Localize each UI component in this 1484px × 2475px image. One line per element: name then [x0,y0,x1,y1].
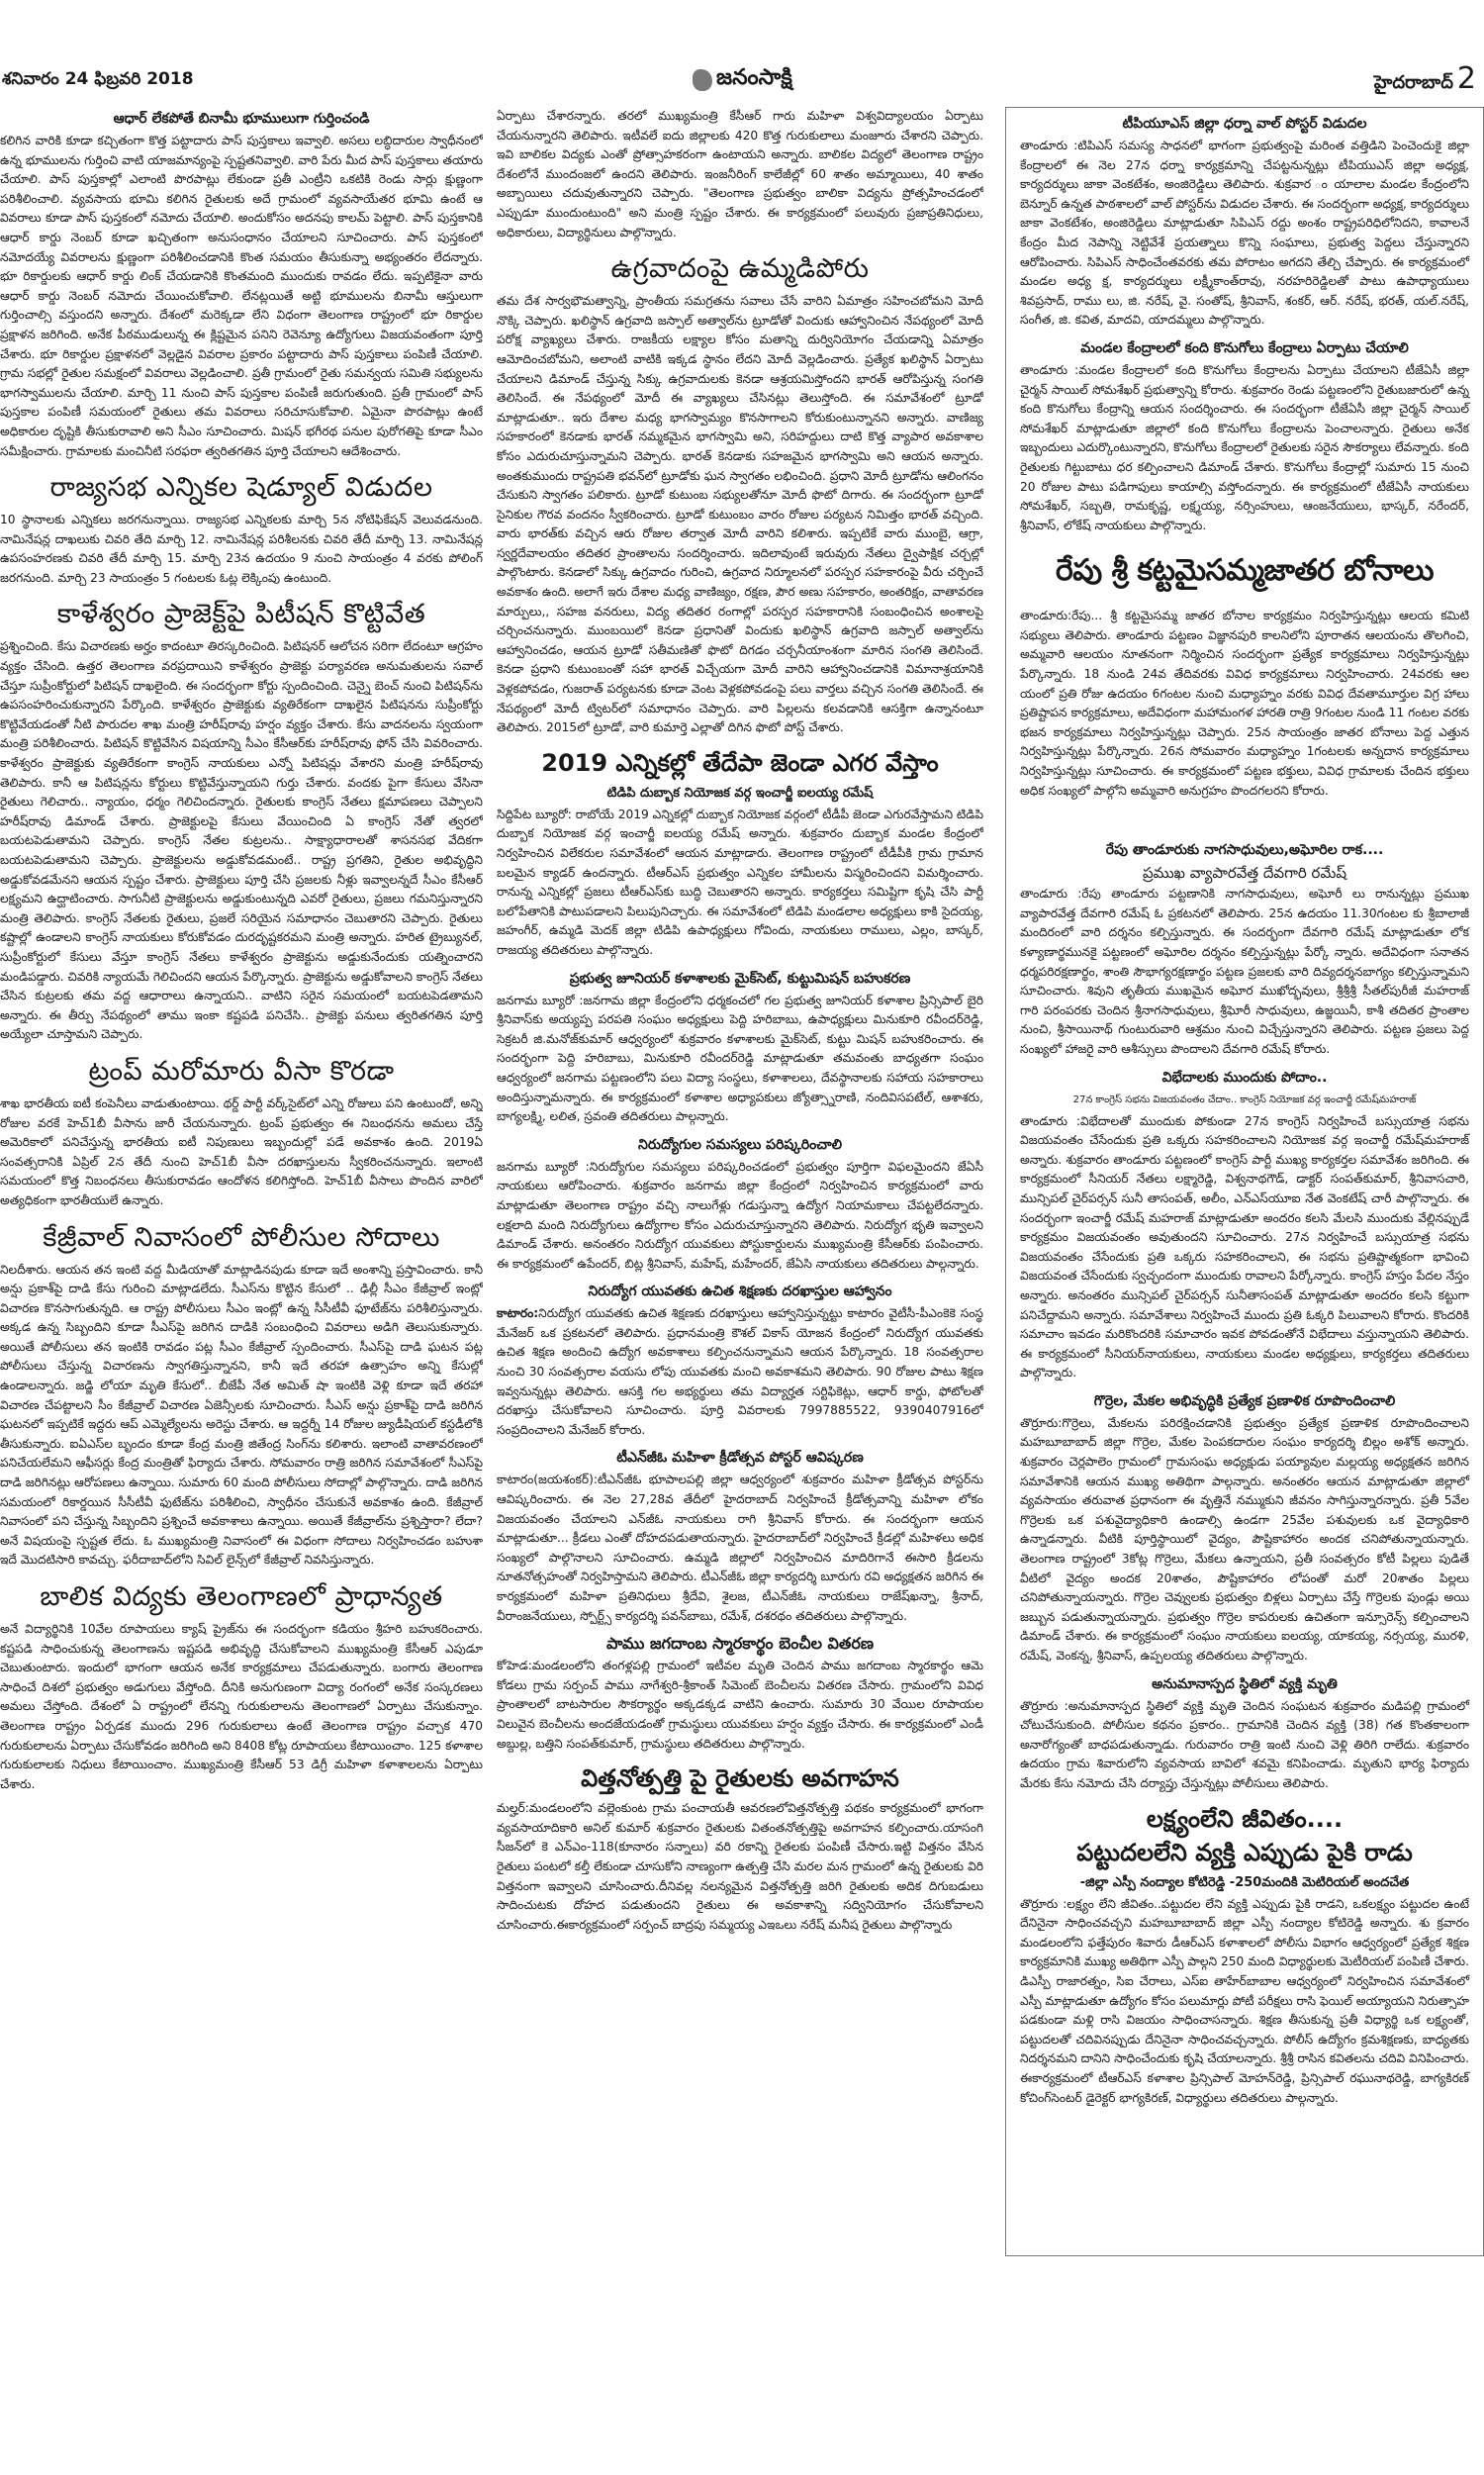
article-dateline: కాటారం: [497,1306,538,1320]
middle-column: ఏర్పాటు చేశారన్నారు. తరలో ముఖ్యమంత్రి కే… [497,107,983,2472]
article-headline: రాజ్యసభ ఎన్నికల షెడ్యూల్ విడుదల [0,469,483,507]
article-trump-visa: ట్రంప్ మరోమారు వీసా కొరడా శాఖ భారతీయ ఐటీ… [0,1053,483,1211]
article-seed-production: విత్తనోత్పత్తి పై రైతులకు అవగాహన మల్హర్:… [497,1761,983,1935]
article-benches-donation: పాము జగదాంబ స్మారకార్థం బెంచీల వితరణ కోహ… [497,1634,983,1754]
article-girl-education: బాలిక విద్యకు తెలంగాణలో ప్రాధాన్యత అనే వ… [0,1578,483,1794]
article-sheep-goat-plan: గొర్రెల, మేకల అభివృద్ధికి ప్రత్యేక ప్రణా… [1020,1391,1469,1666]
article-headline: పాము జగదాంబ స్మారకార్థం బెంచీల వితరణ [497,1634,983,1654]
article-tngo-sports-poster: టీఎన్‌జీఓ మహిళా క్రీడోత్సవ పోస్టర్ ఆవిష్… [497,1448,983,1626]
article-junior-college-donation: ప్రభుత్వ జూనియర్ కళాశాలకు మైక్‌సెట్, కుట… [497,969,983,1127]
article-body: కాటారం:నిరుద్యోగ యువతకు ఉచిత శిక్షణకు దర… [497,1304,983,1440]
left-column: ఆధార్ లేకపోతే బినామీ భూములుగా గుర్తించండ… [0,107,483,2472]
article-continued-education: ఏర్పాటు చేశారన్నారు. తరలో ముఖ్యమంత్రి కే… [497,107,983,242]
article-headline: టీపియూఎస్ జిల్లా ధర్నా వాల్ పోస్టర్ విడు… [1020,114,1469,134]
article-body: సిద్దిపేట బ్యూరో: రాబోయే 2019 ఎన్నికల్లో… [497,806,983,961]
article-redgram-centers: మండల కేంద్రాలలో కంది కొనుగోలు కేంద్రాలు … [1020,338,1469,535]
article-body: తొర్రూరు:గొర్రెలు, మేకలను పరిరక్షించడాని… [1020,1414,1469,1666]
article-headline: ట్రంప్ మరోమారు వీసా కొరడా [0,1053,483,1091]
article-aadhaar-benami: ఆధార్ లేకపోతే బినామీ భూములుగా గుర్తించండ… [0,109,483,461]
article-unemployed-issues: నిరుద్యోగుల సమస్యలు పరిష్కరించాలి జనగామ … [497,1135,983,1275]
article-body: జనగామ బ్యూరో :నిరుద్యోగుల సమస్యలు పరిష్క… [497,1158,983,1275]
article-headline: నిరుద్యోగ యువతకు ఉచిత శిక్షణకు దరఖాస్తుల… [497,1282,983,1301]
article-body: తొర్రూరు :అనుమానాస్పద స్థితిలో వ్యక్తి మ… [1020,1697,1469,1794]
article-headline: అనుమానాస్పద స్థితిలో వ్యక్తి మృతి [1020,1674,1469,1694]
logo-text: జనంసాక్షి [716,65,792,95]
article-tpus-dharna-poster: టీపియూఎస్ జిల్లా ధర్నా వాల్ పోస్టర్ విడు… [1020,114,1469,331]
article-headline: విభేదాలకు ముందుకు పోదాం.. [1020,1068,1469,1088]
article-free-training: నిరుద్యోగ యువతకు ఉచిత శిక్షణకు దరఖాస్తుల… [497,1282,983,1440]
article-suspicious-death: అనుమానాస్పద స్థితిలో వ్యక్తి మృతి తొర్రూ… [1020,1674,1469,1794]
page-number: 2 [1457,61,1476,96]
article-body: నిలదీశారు. ఆయన తన ఇంటి వద్ద మీడియాతో మాట… [0,1261,483,1571]
article-body: మల్హర్:మండలంలోని వల్లెంకుంట గ్రామ పంచాయత… [497,1799,983,1935]
article-headline: కేజ్రీవాల్ నివాసంలో పోలీసుల సోదాలు [0,1219,483,1257]
right-column-box: టీపియూఎస్ జిల్లా ధర్నా వాల్ పోస్టర్ విడు… [1005,107,1484,2256]
article-body: ప్రశ్నించింది. కేసు విచారణకు అర్హం కాదంట… [0,637,483,1044]
article-headline: ప్రభుత్వ జూనియర్ కళాశాలకు మైక్‌సెట్, కుట… [497,969,983,989]
article-headline: మండల కేంద్రాలలో కంది కొనుగోలు కేంద్రాలు … [1020,338,1469,358]
article-headline: ఉగ్రవాదంపై ఉమ్మడిపోరు [497,250,983,288]
article-subheadline: 27న కాంగ్రెస్ సభను విజయవంతం చేదాం.. కాంగ… [1020,1091,1469,1110]
article-body: అనే విద్యార్థినికి 10వేల రూపాయలు క్యాష్ … [0,1620,483,1794]
article-body: తొర్రూరు :లక్ష్యం లేని జీవితం..పట్టుదల ల… [1020,1895,1469,2109]
article-headline: 2019 ఎన్నికల్లో తేదేపా జెండా ఎగర వేస్తాం [497,746,983,780]
article-headline: లక్ష్యంలేని జీవితం.... [1020,1802,1469,1836]
article-subheadline: -జిల్లా ఎస్పీ నంద్యాల కోటిరెడ్డి -250మంద… [1020,1873,1469,1893]
article-body: శాఖ భారతీయ ఐటీ కంపెనీలు వాడుతుంటాయి. థర్… [0,1095,483,1211]
article-body: జనగామ బ్యూరో :జనగామ జిల్లా కేంద్రంలోని ధ… [497,992,983,1127]
article-body: తాండూరు :టిపిఎస్ సమస్య సాధనలో భాగంగా ప్ర… [1020,137,1469,331]
article-body: కలిగిన వారికి కూడా కచ్చితంగా కొత్త పట్టా… [0,132,483,461]
article-body: తాండూరు :రేపు తాండూరు పట్టణానికి నాగసాధు… [1020,885,1469,1059]
article-subheadline: ప్రముఖ వ్యాపారవేత్త దేవగారి రమేష్ [1020,863,1469,883]
article-headline: రేపు తాండూరుకు నాగసాధువులు,అఘోరిల రాక...… [1020,840,1469,860]
masthead: శనివారం 24 ఫిబ్రవరి 2018 జనంసాక్షి హైదరా… [0,69,1484,99]
article-kattamaisamma-jatara: రేపు శ్రీ కట్టమైసమ్మజాతర బోనాలు తాండూరు:… [1020,549,1469,801]
issue-date: శనివారం 24 ఫిబ్రవరి 2018 [2,69,194,93]
article-body: కోహెడ:మండలంలోని తంగళ్లపల్లి గ్రామంలో ఇటీ… [497,1657,983,1754]
article-body: తాండూరు :మండల కేంద్రాలలో కంది కొనుగోలు క… [1020,361,1469,535]
article-headline: నిరుద్యోగుల సమస్యలు పరిష్కరించాలి [497,1135,983,1155]
article-headline: గొర్రెల, మేకల అభివృద్ధికి ప్రత్యేక ప్రణా… [1020,1391,1469,1411]
article-headline: బాలిక విద్యకు తెలంగాణలో ప్రాధాన్యత [0,1578,483,1616]
article-naga-sadhus: రేపు తాండూరుకు నాగసాధువులు,అఘోరిల రాక...… [1020,840,1469,1059]
article-body: తమ దేశ సార్వభౌమత్వాన్ని, ప్రాంతీయ సమగ్రత… [497,292,983,738]
article-rajyasabha-schedule: రాజ్యసభ ఎన్నికల షెడ్యూల్ విడుదల 10 స్థాన… [0,469,483,588]
article-congress-meeting: విభేదాలకు ముందుకు పోదాం.. 27న కాంగ్రెస్ … [1020,1068,1469,1383]
article-headline: రేపు శ్రీ కట్టమైసమ్మజాతర బోనాలు [1020,549,1469,593]
telangana-map-icon [693,69,712,91]
article-tdp-2019: 2019 ఎన్నికల్లో తేదేపా జెండా ఎగర వేస్తాం… [497,746,983,961]
article-headline: ఆధార్ లేకపోతే బినామీ భూములుగా గుర్తించండ… [0,109,483,129]
article-body-text: నిరుద్యోగ యువతకు ఉచిత శిక్షణకు దరఖాస్తుల… [497,1306,983,1437]
article-body: తాండూరు:రేపు... శ్రీ కట్టమైసమ్మ జాతర బోన… [1020,607,1469,801]
article-kaleshwaram-petition: కాళేశ్వరం ప్రాజెక్ట్‌పై పిటీషన్ కొట్టివే… [0,596,483,1044]
article-headline-line2: పట్టుదలలేని వ్యక్తి ఎప్పుడు పైకి రాడు [1020,1836,1469,1869]
spacer [1020,809,1469,838]
newspaper-logo: జనంసాక్షి [693,65,792,95]
edition-name: హైదరాబాద్ [1374,72,1453,93]
article-sp-life-goals: లక్ష్యంలేని జీవితం.... పట్టుదలలేని వ్యక్… [1020,1802,1469,2109]
article-kejriwal-raids: కేజ్రీవాల్ నివాసంలో పోలీసుల సోదాలు నిలదీ… [0,1219,483,1571]
article-headline: టీఎన్‌జీఓ మహిళా క్రీడోత్సవ పోస్టర్ ఆవిష్… [497,1448,983,1468]
article-body: 10 స్థానాలకు ఎన్నికలు జరగనున్నాయి. రాజ్య… [0,511,483,588]
article-body: కాటారం(జయశంకర్):టీఎన్‌జీఓ భూపాలపల్లి జిల… [497,1471,983,1626]
article-body: తాండూరు :విభేదాలతో ముందుకు పోకుండా 27న క… [1020,1112,1469,1383]
article-subheadline: టిడిపి దుబ్బాక నియోజక వర్గ ఇంచార్జీ ఐలయ్… [497,784,983,804]
article-headline: కాళేశ్వరం ప్రాజెక్ట్‌పై పిటీషన్ కొట్టివే… [0,596,483,633]
article-headline: విత్తనోత్పత్తి పై రైతులకు అవగాహన [497,1761,983,1795]
edition-label: హైదరాబాద్2 [1374,61,1476,97]
article-terrorism-joint-fight: ఉగ్రవాదంపై ఉమ్మడిపోరు తమ దేశ సార్వభౌమత్వ… [497,250,983,738]
article-body: ఏర్పాటు చేశారన్నారు. తరలో ముఖ్యమంత్రి కే… [497,107,983,242]
